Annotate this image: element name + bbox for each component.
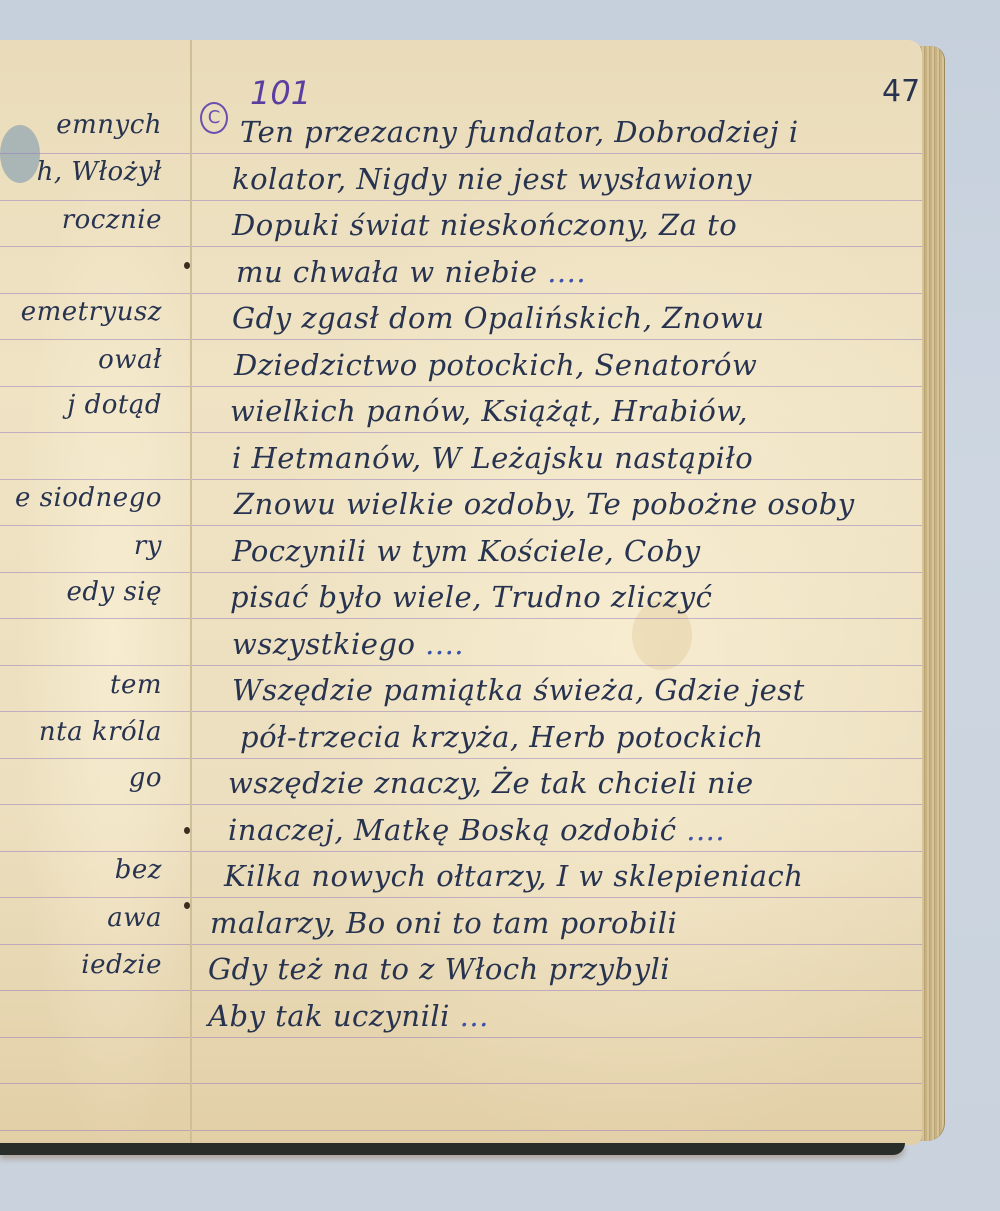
handwritten-fragment: h, Włożył [37,157,162,187]
line-text: Poczynili w tym Kościele, Coby [232,534,701,568]
line-text: Gdy też na to z Włoch przybyli [208,952,670,986]
handwritten-line: wszystkiego .... [232,627,464,661]
ruled-line [0,944,190,945]
handwritten-fragment: awa [107,903,162,933]
ruled-line [192,153,922,154]
ruled-line [192,1037,922,1038]
archive-number: 101 [250,74,311,112]
handwritten-line: Aby tak uczynili ... [208,999,489,1033]
handwritten-fragment: go [129,763,162,793]
handwritten-fragment: e siodnego [15,483,162,513]
ruled-line [0,153,190,154]
line-text: mu chwała w niebie [236,255,538,289]
ink-blot [0,125,40,183]
ruled-line [0,293,190,294]
ellipsis-dots: .... [538,255,587,289]
ruled-line [0,618,190,619]
ruled-line [0,1130,190,1131]
right-page: C 101 47 Ten przezacny fundator, Dobrodz… [192,40,922,1145]
line-text: kolator, Nigdy nie jest wysławiony [232,162,752,196]
ruled-line [192,432,922,433]
ruled-line [192,339,922,340]
ruled-line [0,200,190,201]
handwritten-fragment: bez [115,855,162,885]
handwritten-line: Ten przezacny fundator, Dobrodziej i [240,115,799,149]
handwritten-fragment: j dotąd [67,390,162,420]
ruled-line [192,1083,922,1084]
handwritten-fragment: rocznie [62,205,162,235]
ruled-line [192,897,922,898]
handwritten-line: pół-trzecia krzyża, Herb potockich [240,720,764,754]
handwritten-fragment: iedzie [81,950,162,980]
open-notebook: emnychh, Włożyłrocznieemetryuszowałj dot… [0,40,945,1155]
binding-staple-hole [184,827,190,834]
handwritten-line: Kilka nowych ołtarzy, I w sklepieniach [224,859,803,893]
handwritten-fragment: tem [110,670,162,700]
line-text: Aby tak uczynili [208,999,450,1033]
ruled-line [192,618,922,619]
handwritten-line: inaczej, Matkę Boską ozdobić .... [228,813,725,847]
page-edge-stack [920,46,945,1141]
handwritten-line: Dopuki świat nieskończony, Za to [232,208,737,242]
ruled-line [0,851,190,852]
ruled-line [0,246,190,247]
ruled-line [0,572,190,573]
ruled-line [0,665,190,666]
handwritten-fragment: edy się [66,577,162,607]
line-text: Ten przezacny fundator, Dobrodziej i [240,115,799,149]
ruled-line [0,386,190,387]
handwritten-line: Wszędzie pamiątka świeża, Gdzie jest [232,673,805,707]
ruled-line [192,386,922,387]
ruled-line [192,572,922,573]
ruled-line [192,200,922,201]
notebook-cover-edge [0,1143,905,1155]
handwritten-fragment: emetryusz [21,297,162,327]
handwritten-line: pisać było wiele, Trudno zliczyć [230,580,712,614]
ellipsis-dots: ... [450,999,489,1033]
ruled-line [0,339,190,340]
binding-staple-hole [184,902,190,909]
ruled-line [192,944,922,945]
line-text: Gdy zgasł dom Opalińskich, Znowu [232,301,764,335]
page-number: 47 [882,74,920,109]
line-text: Dziedzictwo potockich, Senatorów [234,348,757,382]
ruled-line [0,479,190,480]
handwritten-fragment: nta króla [39,717,162,747]
ruled-line [0,758,190,759]
ruled-line [0,525,190,526]
handwritten-line: wielkich panów, Książąt, Hrabiów, [230,394,748,428]
line-text: wszystkiego [232,627,415,661]
binding-staple-hole [184,262,190,269]
ruled-line [0,897,190,898]
handwritten-line: Gdy zgasł dom Opalińskich, Znowu [232,301,764,335]
handwritten-line: Znowu wielkie ozdoby, Te pobożne osoby [234,487,855,521]
ruled-line [192,804,922,805]
ruled-line [192,246,922,247]
ellipsis-dots: .... [415,627,464,661]
ruled-line [192,665,922,666]
ruled-line [192,1130,922,1131]
ruled-line [0,804,190,805]
handwritten-line: kolator, Nigdy nie jest wysławiony [232,162,752,196]
line-text: wielkich panów, Książąt, Hrabiów, [230,394,748,428]
ruled-line [192,758,922,759]
line-text: Kilka nowych ołtarzy, I w sklepieniach [224,859,803,893]
ruled-line [192,851,922,852]
ruled-line [192,293,922,294]
ellipsis-dots: .... [677,813,726,847]
handwritten-fragment: emnych [56,110,162,140]
ruled-line [192,990,922,991]
handwritten-line: Poczynili w tym Kościele, Coby [232,534,701,568]
handwritten-line: Dziedzictwo potockich, Senatorów [234,348,757,382]
line-text: malarzy, Bo oni to tam porobili [210,906,677,940]
line-text: Dopuki świat nieskończony, Za to [232,208,737,242]
left-page: emnychh, Włożyłrocznieemetryuszowałj dot… [0,40,192,1145]
line-text: inaczej, Matkę Boską ozdobić [228,813,677,847]
line-text: pisać było wiele, Trudno zliczyć [230,580,712,614]
ruled-line [0,711,190,712]
handwritten-line: wszędzie znaczy, Że tak chcieli nie [228,766,754,800]
ruled-line [192,479,922,480]
handwritten-fragment: ował [98,345,162,375]
handwritten-line: mu chwała w niebie .... [236,255,586,289]
line-text: i Hetmanów, W Leżajsku nastąpiło [232,441,753,475]
ruled-line [0,990,190,991]
line-text: wszędzie znaczy, Że tak chcieli nie [228,766,754,800]
line-text: Znowu wielkie ozdoby, Te pobożne osoby [234,487,855,521]
handwritten-line: i Hetmanów, W Leżajsku nastąpiło [232,441,753,475]
handwritten-fragment: ry [134,531,162,561]
archive-circle-mark: C [200,102,228,134]
line-text: Wszędzie pamiątka świeża, Gdzie jest [232,673,805,707]
ruled-line [0,432,190,433]
ruled-line [192,711,922,712]
line-text: pół-trzecia krzyża, Herb potockich [240,720,764,754]
ruled-line [0,1037,190,1038]
handwritten-line: Gdy też na to z Włoch przybyli [208,952,670,986]
ruled-line [0,1083,190,1084]
handwritten-line: malarzy, Bo oni to tam porobili [210,906,677,940]
ruled-line [192,525,922,526]
